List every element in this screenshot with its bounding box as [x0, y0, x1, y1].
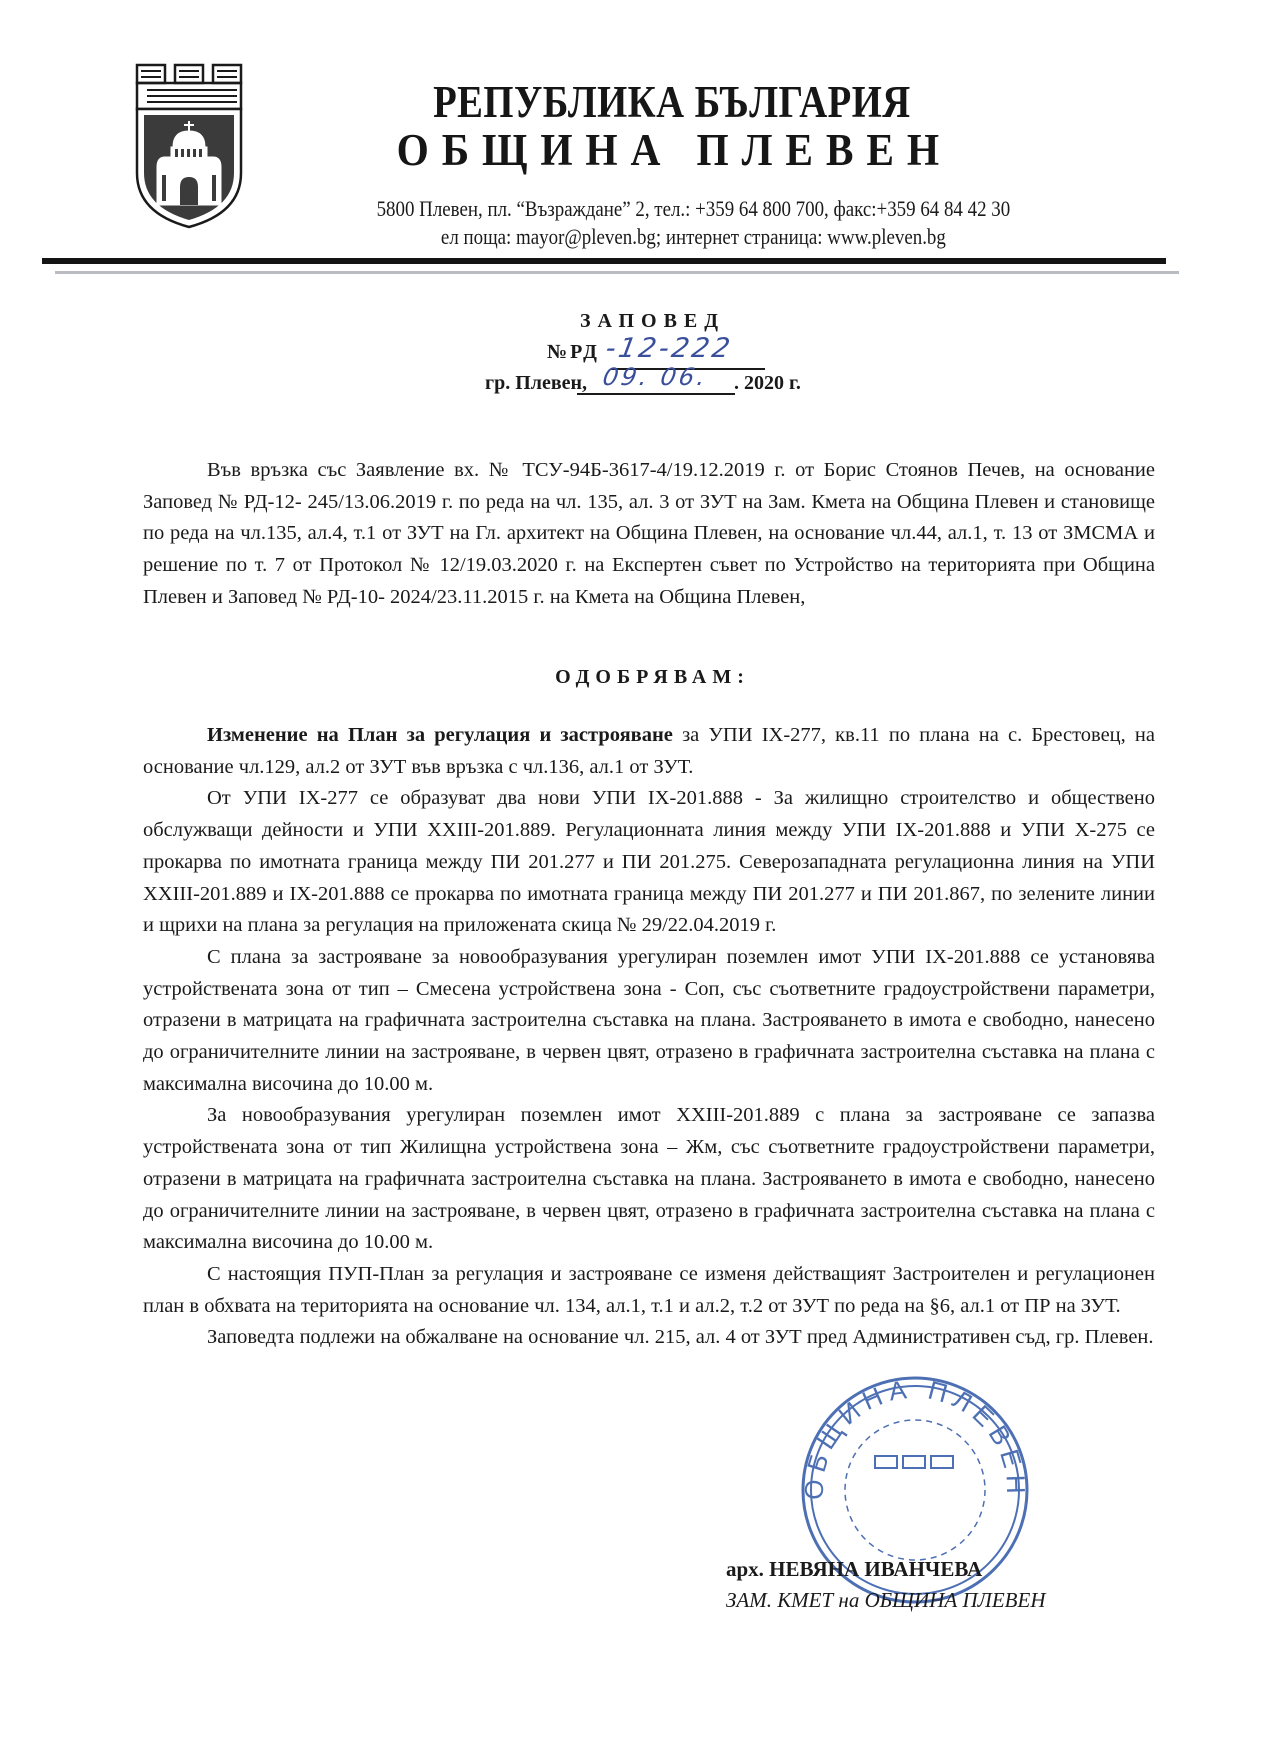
body-paragraph: Изменение на План за регулация и застроя… [143, 720, 1155, 783]
order-year: . 2020 г. [734, 372, 801, 395]
order-number-handwritten: -12-222 [603, 333, 735, 364]
intro-paragraph: Във връзка със Заявление вх. № ТСУ-94Б-3… [143, 455, 1155, 614]
header-divider [42, 258, 1166, 264]
order-title: ЗАПОВЕД [0, 310, 1275, 333]
letterhead-title-country: РЕПУБЛИКА БЪЛГАРИЯ [89, 76, 1186, 128]
body-paragraph: За новообразувания урегулиран поземлен и… [143, 1100, 1155, 1259]
header-divider-secondary [55, 271, 1179, 274]
body-paragraph: С плана за застрояване за новообразувани… [143, 942, 1155, 1101]
order-date-handwritten: 09. 06. [601, 363, 711, 391]
order-body: Изменение на План за регулация и застроя… [143, 720, 1155, 1354]
letterhead-contact: ел поща: mayor@pleven.bg; интернет стран… [89, 224, 1186, 250]
order-number-label: №РД [547, 341, 600, 364]
paragraph-bold-lead: Изменение на План за регулация и застроя… [207, 724, 673, 746]
body-paragraph: С настоящия ПУП-План за регулация и заст… [143, 1259, 1155, 1322]
signatory-name: арх. НЕВЯНА ИВАНЧЕВА [726, 1557, 982, 1582]
letterhead-address: 5800 Плевен, пл. “Възраждане” 2, тел.: +… [89, 196, 1186, 222]
body-paragraph: От УПИ IX-277 се образуват два нови УПИ … [143, 783, 1155, 942]
order-city-label: гр. Плевен, [485, 372, 587, 395]
letterhead-title-municipality: ОБЩИНА ПЛЕВЕН [51, 124, 1224, 176]
signatory-title: ЗАМ. КМЕТ на ОБЩИНА ПЛЕВЕН [726, 1588, 1045, 1613]
approve-heading: ОДОБРЯВАМ: [0, 666, 1275, 689]
body-paragraph: Заповедта подлежи на обжалване на основа… [143, 1322, 1155, 1354]
intro-section: Във връзка със Заявление вх. № ТСУ-94Б-3… [143, 455, 1155, 614]
svg-text:ОБЩИНА ПЛЕВЕН: ОБЩИНА ПЛЕВЕН [799, 1374, 1032, 1501]
order-date-underline [577, 393, 735, 395]
